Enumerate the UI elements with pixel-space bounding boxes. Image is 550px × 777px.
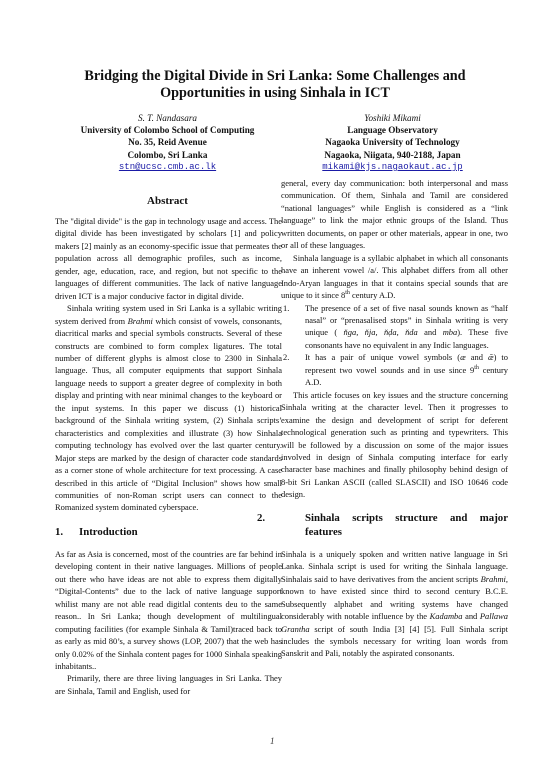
italic-term: Brahmi (128, 316, 153, 326)
intro-paragraph-1: As far as Asia is concerned, most of the… (55, 548, 282, 673)
section-title: Sinhala scripts structure and major feat… (305, 512, 508, 538)
body-paragraph-1: general, every day communication: both i… (281, 177, 508, 252)
page-number: 1 (270, 736, 275, 746)
abstract-heading: Abstract (55, 195, 280, 207)
abstract-paragraph-1: The "digital divide" is the gap in techn… (55, 215, 282, 302)
section-number: 1. (55, 525, 79, 539)
list-item: 1. The presence of a set of five nasal s… (281, 302, 508, 352)
text-span: and (418, 327, 443, 337)
author-affiliation: Language Observatory (280, 124, 505, 136)
author-block-2: Yoshiki Mikami Language Observatory Naga… (280, 112, 505, 173)
section-title: Introduction (79, 526, 138, 538)
author-affiliation: University of Colombo School of Computin… (55, 124, 280, 136)
abstract-paragraph-2: Sinhala writing system used in Sri Lanka… (55, 302, 282, 514)
section2-paragraph-1: Sinhala is a uniquely spoken and written… (281, 548, 508, 660)
text-span: and (462, 611, 479, 621)
text-span: which consist of vowels, consonants, dia… (55, 316, 282, 513)
italic-term: mba (443, 327, 458, 337)
list-number: 2. (283, 351, 289, 363)
author-city: Nagaoka, Niigata, 940-2188, Japan (280, 149, 505, 161)
right-column: general, every day communication: both i… (281, 177, 508, 660)
body-paragraph-2: Sinhala language is a syllabic alphabet … (281, 252, 508, 302)
list-item: 2. It has a pair of unique vowel symbols… (281, 351, 508, 388)
title-line-1: Bridging the Digital Divide in Sri Lanka… (60, 68, 490, 85)
author-name: Yoshiki Mikami (280, 112, 505, 124)
text-span: and (466, 352, 488, 362)
author-block-1: S. T. Nandasara University of Colombo Sc… (55, 112, 280, 173)
author-email-link[interactable]: mikami@kjs.nagaokaut.ac.jp (280, 161, 505, 173)
section-heading-sinhala-scripts: 2.Sinhala scripts structure and major fe… (281, 511, 508, 539)
text-span: It has a pair of unique vowel symbols ( (305, 352, 460, 362)
italic-term: n̆ga, n̆ja, n̆ḍa, n̆da (337, 327, 418, 337)
paper-page: Bridging the Digital Divide in Sri Lanka… (0, 0, 550, 777)
text-span: script of south India [3] [4] [5]. Full … (281, 624, 508, 659)
italic-term: Brahmi (481, 574, 506, 584)
title-line-2: Opportunities in using Sinhala in ICT (60, 85, 490, 102)
left-column: The "digital divide" is the gap in techn… (55, 215, 282, 697)
paper-title: Bridging the Digital Divide in Sri Lanka… (60, 68, 490, 102)
text-span: century A.D. (350, 290, 395, 300)
intro-paragraph-2: Primarily, there are three living langua… (55, 672, 282, 697)
text-span: Sinhala is a uniquely spoken and written… (281, 549, 508, 584)
author-city: Colombo, Sri Lanka (55, 149, 280, 161)
author-address: No. 35, Reid Avenue (55, 136, 280, 148)
section-heading-introduction: 1.Introduction (55, 525, 282, 539)
author-address: Nagaoka University of Technology (280, 136, 505, 148)
author-name: S. T. Nandasara (55, 112, 280, 124)
section-number: 2. (281, 511, 305, 525)
body-paragraph-3: This article focuses on key issues and t… (281, 389, 508, 501)
italic-term: Kadamba (430, 611, 463, 621)
list-number: 1. (283, 302, 289, 314)
author-email-link[interactable]: stn@ucsc.cmb.ac.lk (55, 161, 280, 173)
